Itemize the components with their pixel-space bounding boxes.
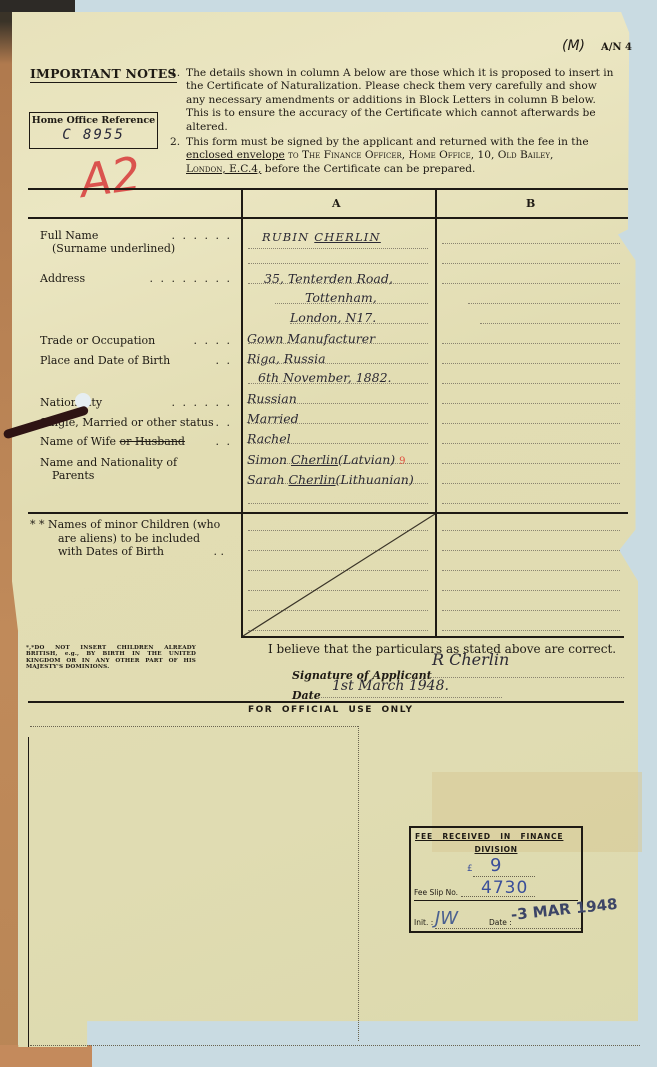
cross-out-diagonal [241, 512, 437, 638]
rule [28, 217, 628, 219]
label-children: * * Names of minor Children (who are ali… [30, 518, 230, 559]
official-box-divider [358, 726, 359, 1041]
value-full-name: RUBIN CHERLIN [262, 230, 381, 244]
fee-slip-label: Fee Slip No. [414, 888, 458, 897]
rule [28, 701, 624, 703]
home-office-reference-box: Home Office Reference C 8955 [29, 112, 158, 149]
rule [28, 188, 628, 190]
official-use-heading: FOR OFFICIAL USE ONLY [248, 705, 414, 715]
label-occupation: Trade or Occupation . . . . [40, 334, 232, 347]
value-birth-date: 6th November, 1882. [258, 370, 392, 385]
note-1: 1. The details shown in column A below a… [170, 67, 630, 134]
form-mark: (M) [562, 38, 585, 54]
label-address: Address . . . . . . . . [40, 272, 232, 285]
value-address-3: London, N17. [290, 310, 376, 325]
children-footnote: *,*DO NOT INSERT CHILDREN ALREADY BRITIS… [26, 645, 196, 671]
fee-slip-number: 4730 [481, 878, 528, 898]
official-box-border [28, 737, 29, 1047]
initials-label: Init. : [414, 918, 433, 927]
fee-box-division: DIVISION [411, 845, 581, 854]
value-status: Married [247, 411, 299, 426]
fee-date-label: Date : [489, 918, 512, 927]
red-check-mark: 9 [399, 456, 405, 467]
value-birth-place: Riga, Russia [247, 351, 326, 366]
label-birth: Place and Date of Birth . . [40, 354, 232, 367]
declaration-date: 1st March 1948. [332, 678, 449, 694]
value-address-2: Tottenham, [305, 290, 377, 305]
background-top-strip [0, 0, 75, 12]
form-code: A/N 4 [601, 42, 632, 53]
label-parents: Name and Nationality of Parents [40, 456, 232, 482]
label-full-name: Full Name . . . . . . (Surname underline… [40, 229, 232, 255]
pound-sign: £ [467, 864, 473, 874]
reference-value: C 8955 [30, 127, 157, 143]
background-bottom-left [0, 1045, 92, 1067]
important-notes-heading: IMPORTANT NOTES [30, 66, 177, 83]
value-occupation: Gown Manufacturer [247, 331, 375, 346]
value-father: Simon Cherlin(Latvian) 9 [247, 452, 405, 467]
initials-value: JW [435, 908, 458, 929]
fee-box-title: FEE RECEIVED IN FINANCE [415, 832, 577, 841]
reference-label: Home Office Reference [30, 115, 157, 126]
note-2: 2. This form must be signed by the appli… [170, 136, 630, 176]
value-wife: Rachel [247, 431, 291, 446]
column-b-header: B [526, 197, 535, 210]
column-a-header: A [332, 197, 341, 210]
value-mother: Sarah Cherlin(Lithuanian) [247, 472, 414, 487]
applicant-signature: R Cherlin [432, 650, 509, 669]
date-row: Date 1st March 1948. [292, 684, 502, 700]
label-nationality: Nationality . . . . . . [40, 396, 232, 409]
red-pen-annotation: A2 [77, 146, 145, 208]
instructions: 1. The details shown in column A below a… [170, 67, 630, 176]
label-spouse: Name of Wife or Husband . . [40, 435, 232, 448]
value-address-1: 35, Tenterden Road, [264, 271, 393, 286]
fee-received-box: FEE RECEIVED IN FINANCE DIVISION £ 9 Fee… [409, 826, 583, 933]
fee-amount: 9 [490, 855, 501, 876]
value-nationality: Russian [247, 391, 297, 406]
